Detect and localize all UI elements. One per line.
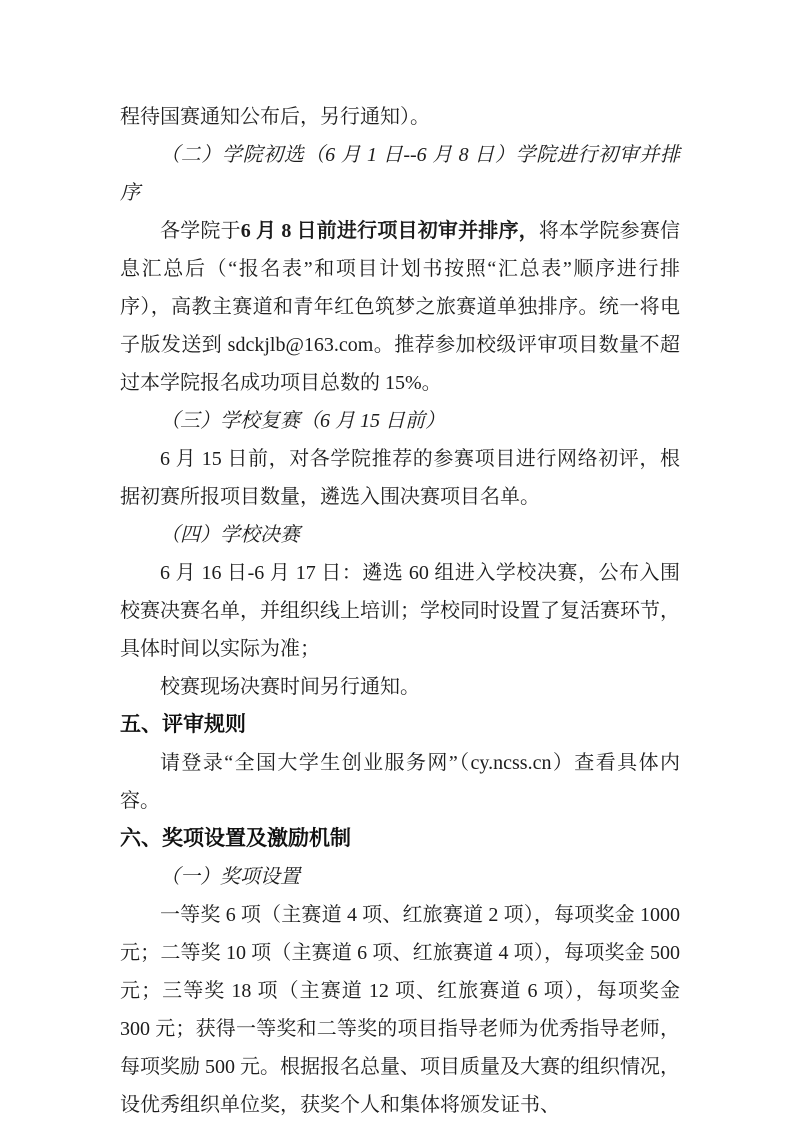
heading-awards: 六、奖项设置及激励机制 (120, 820, 680, 858)
subheading-school-semifinal: （三）学校复赛（6 月 15 日前） (120, 402, 680, 440)
paragraph-review-rules: 请登录“全国大学生创业服务网”（cy.ncss.cn）查看具体内容。 (120, 744, 680, 820)
paragraph-final-notice: 校赛现场决赛时间另行通知。 (120, 668, 680, 706)
paragraph-school-semifinal: 6 月 15 日前，对各学院推荐的参赛项目进行网络初评，根据初赛所报项目数量，遴… (120, 440, 680, 516)
paragraph-school-final: 6 月 16 日-6 月 17 日：遴选 60 组进入学校决赛，公布入围校赛决赛… (120, 554, 680, 668)
subheading-college-selection: （二）学院初选（6 月 1 日--6 月 8 日）学院进行初审并排序 (120, 136, 680, 212)
paragraph-college-review-bold-date: 6 月 8 日前进行项目初审并排序， (241, 220, 539, 242)
document-page: 程待国赛通知公布后，另行通知）。 （二）学院初选（6 月 1 日--6 月 8 … (0, 0, 800, 1131)
subheading-award-setup: （一）奖项设置 (120, 858, 680, 896)
paragraph-college-review-rest: 将本学院参赛信息汇总后（“报名表”和项目计划书按照“汇总表”顺序进行排序），高教… (120, 220, 680, 394)
paragraph-college-review-lead: 各学院于 (160, 220, 241, 242)
paragraph-college-review: 各学院于6 月 8 日前进行项目初审并排序，将本学院参赛信息汇总后（“报名表”和… (120, 212, 680, 402)
heading-review-rules: 五、评审规则 (120, 706, 680, 744)
paragraph-continuation: 程待国赛通知公布后，另行通知）。 (120, 98, 680, 136)
subheading-school-final: （四）学校决赛 (120, 516, 680, 554)
document-body: 程待国赛通知公布后，另行通知）。 （二）学院初选（6 月 1 日--6 月 8 … (120, 98, 680, 1124)
paragraph-award-detail: 一等奖 6 项（主赛道 4 项、红旅赛道 2 项），每项奖金 1000 元；二等… (120, 896, 680, 1124)
